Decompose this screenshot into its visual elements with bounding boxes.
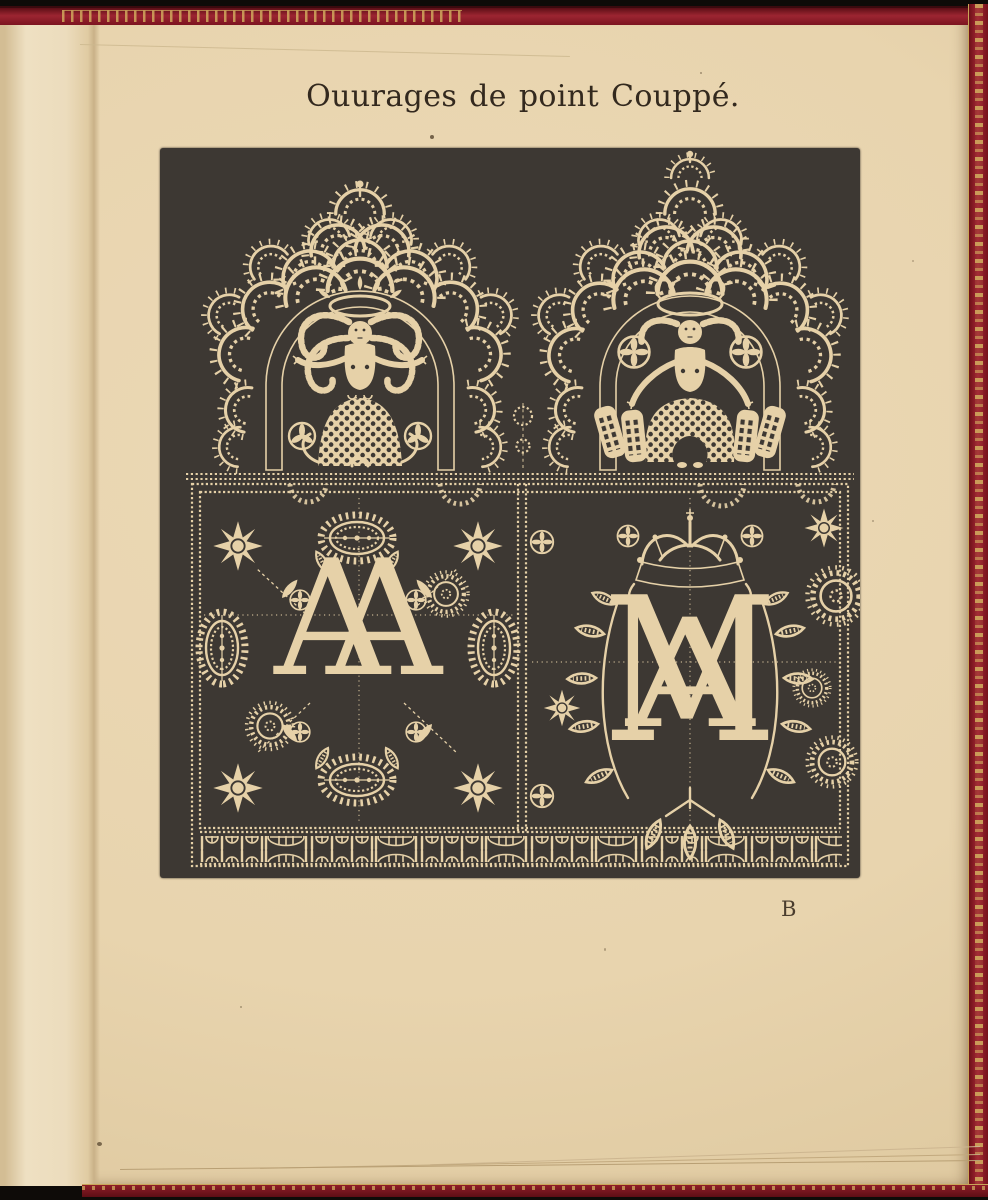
paper-speck (700, 72, 702, 74)
book-cover-top-edge (0, 6, 988, 25)
woodcut-plate: A A (160, 148, 860, 878)
paper-speck (97, 1142, 102, 1146)
book-cover-fore-edge (968, 4, 988, 1194)
paper-speck (604, 948, 606, 951)
paper-speck (872, 520, 874, 522)
gold-tooling-top (62, 10, 462, 22)
paper-speck (912, 260, 914, 262)
gold-tooling-bottom (82, 1186, 988, 1190)
photo-backdrop: Ouurages de point Couppé. (0, 0, 988, 1200)
gold-tooling-right (975, 4, 983, 1194)
page-title: Ouurages de point Couppé. (306, 79, 740, 114)
page-gutter-fold (0, 20, 100, 1186)
book-cover-bottom-edge (82, 1184, 988, 1197)
bottom-border-strip (198, 832, 842, 864)
lace-pattern-graphic: A A (160, 148, 860, 878)
left-monogram-letter-2: A (325, 525, 444, 712)
paper-speck (240, 1006, 242, 1008)
paper-speck (430, 135, 434, 139)
signature-mark: B (781, 897, 796, 921)
